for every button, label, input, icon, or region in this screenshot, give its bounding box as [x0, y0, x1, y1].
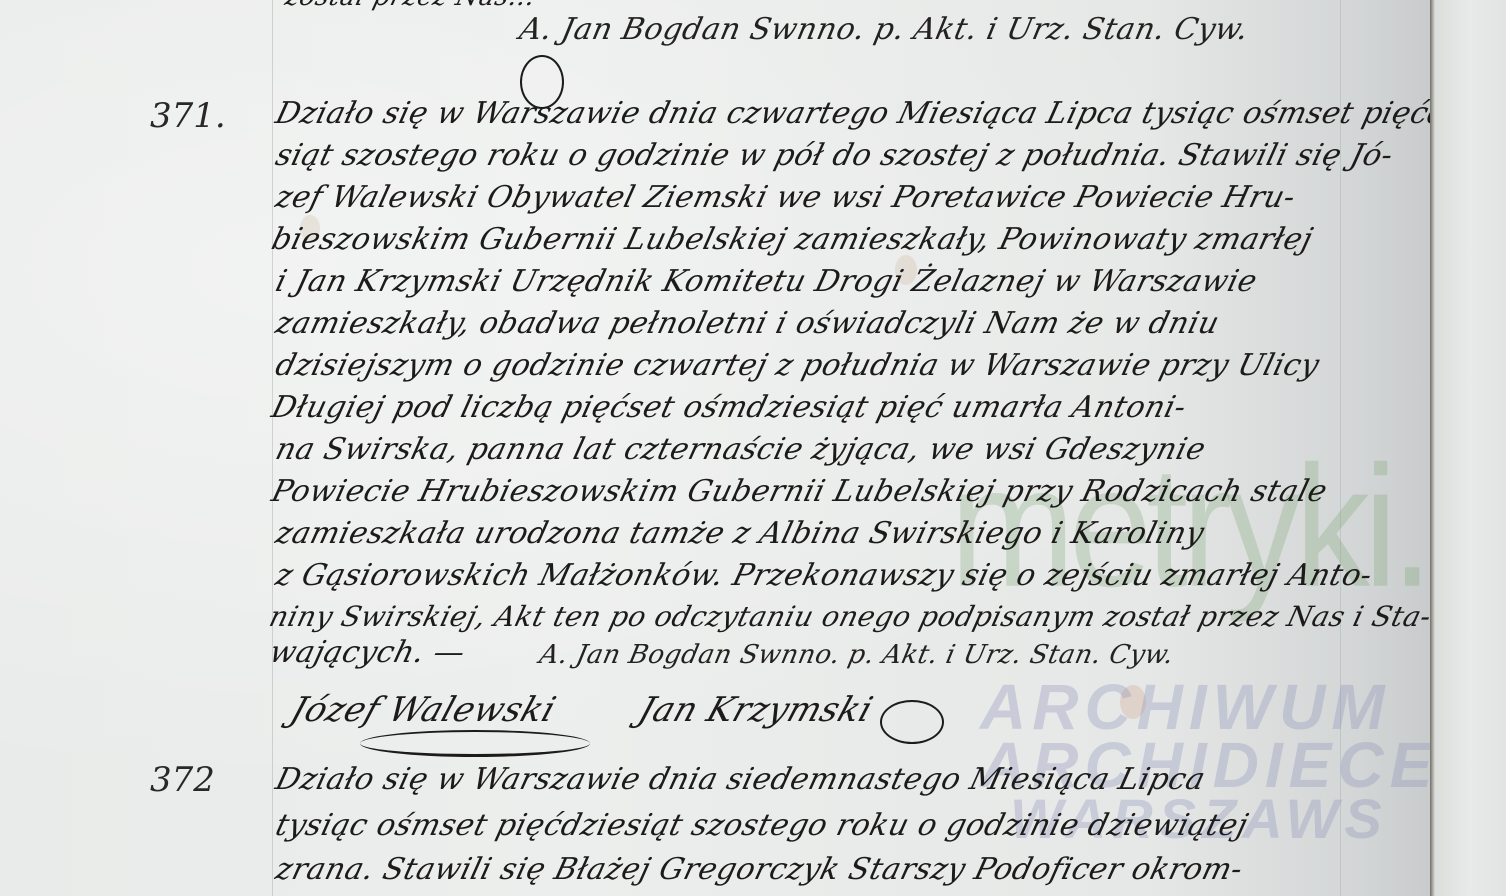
entry-371-line-3: zef Walewski Obywatel Ziemski we wsi Por…: [272, 180, 1299, 215]
entry-372-line-2: tysiąc ośmset pięćdziesiąt szostego roku…: [272, 808, 1252, 843]
previous-entry-fragment: zostal przez Nas...: [282, 0, 539, 12]
entry-371-line-14: wających. —: [266, 635, 469, 670]
entry-371-line-6: zamieszkały, obadwa pełnoletni i oświadc…: [272, 306, 1223, 341]
entry-number-372: 372: [150, 760, 215, 800]
entry-371-line-11: zamieszkała urodzona tamże z Albina Swir…: [272, 516, 1208, 551]
entry-371-official-signature: A. Jan Bogdan Swnno. p. Akt. i Urz. Stan…: [537, 640, 1177, 670]
witness-signature-walewski: Józef Walewski: [286, 690, 561, 730]
entry-371-line-10: Powiecie Hrubieszowskim Gubernii Lubelsk…: [268, 474, 1331, 509]
entry-372-line-1: Działo się w Warszawie dnia siedemnasteg…: [272, 762, 1209, 797]
entry-371-line-8: Długiej pod liczbą pięćset ośmdziesiąt p…: [268, 390, 1190, 425]
entry-372-line-3: zrana. Stawili się Błażej Gregorczyk Sta…: [272, 852, 1246, 887]
signature-underline-flourish: [360, 730, 590, 757]
signature-flourish: [880, 700, 944, 744]
entry-371-line-1: Działo się w Warszawie dnia czwartego Mi…: [272, 96, 1506, 131]
entry-371-line-4: bieszowskim Gubernii Lubelskiej zamieszk…: [268, 222, 1316, 257]
entry-371-line-12: z Gąsiorowskich Małżonków. Przekonawszy …: [272, 558, 1376, 593]
witness-signature-krzymski: Jan Krzymski: [634, 690, 878, 730]
book-gutter: [1430, 0, 1506, 896]
entry-371-line-7: dzisiejszym o godzinie czwartej z połudn…: [272, 348, 1323, 383]
left-margin-rule: [272, 0, 273, 896]
register-page: metryki.genealodzy ARCHIWUM ARCHIDIECE W…: [0, 0, 1430, 896]
entry-371-line-13: niny Swirskiej, Akt ten po odczytaniu on…: [266, 600, 1435, 633]
entry-371-line-9: na Swirska, panna lat czternaście żyjąca…: [272, 432, 1209, 467]
previous-official-signature: A. Jan Bogdan Swnno. p. Akt. i Urz. Stan…: [516, 12, 1251, 47]
entry-371-line-5: i Jan Krzymski Urzędnik Komitetu Drogi Ż…: [272, 264, 1261, 299]
entry-371-line-2: siąt szostego roku o godzinie w pół do s…: [272, 138, 1397, 173]
entry-number-371: 371.: [150, 96, 226, 136]
